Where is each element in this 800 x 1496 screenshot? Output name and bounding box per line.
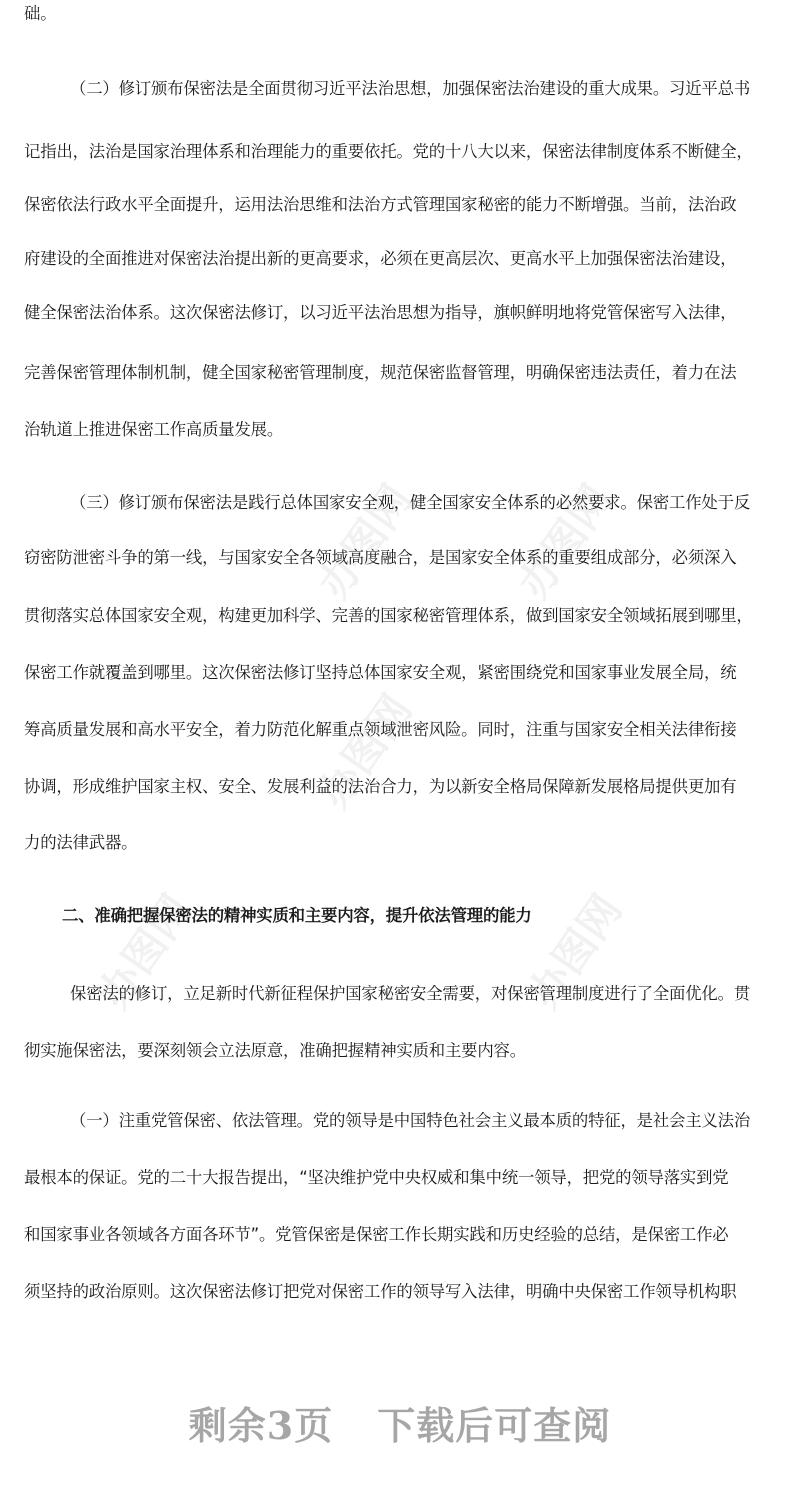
paragraph-line: 府建设的全面推进对保密法治提出新的更高要求，必须在更高层次、更高水平上加强保密法… xyxy=(24,248,776,270)
document-page: 办图网 办图网 办图网 办图网 办图网 础。 （二）修订颁布保密法是全面贯彻习近… xyxy=(0,0,800,1496)
paragraph-line: 保密依法行政水平全面提升，运用法治思维和法治方式管理国家秘密的能力不断增强。当前… xyxy=(24,194,776,216)
paragraph-line: 力的法律武器。 xyxy=(24,832,776,854)
paragraph-line: 础。 xyxy=(24,3,776,25)
paragraph-line: 和国家事业各领域各方面各环节”。党管保密是保密工作长期实践和历史经验的总结，是保… xyxy=(24,1224,776,1246)
paragraph-line: 贯彻落实总体国家安全观，构建更加科学、完善的国家秘密管理体系，做到国家安全领域拓… xyxy=(24,605,776,627)
paragraph-line: 最根本的保证。党的二十大报告提出，“坚决维护党中央权威和集中统一领导，把党的领导… xyxy=(24,1167,776,1189)
paragraph-line: 治轨道上推进保密工作高质量发展。 xyxy=(24,419,776,441)
download-to-view-label[interactable]: 下载后可查阅 xyxy=(377,1395,611,1450)
paragraph-line: 窃密防泄密斗争的第一线，与国家安全各领域高度融合，是国家安全体系的重要组成部分，… xyxy=(24,547,776,569)
paragraph-line: （三）修订颁布保密法是践行总体国家安全观，健全国家安全体系的必然要求。保密工作处… xyxy=(70,492,776,514)
paragraph-line: 保密工作就覆盖到哪里。这次保密法修订坚持总体国家安全观，紧密围绕党和国家事业发展… xyxy=(24,662,776,684)
paragraph-line: 健全保密法治体系。这次保密法修订，以习近平法治思想为指导，旗帜鲜明地将党管保密写… xyxy=(24,302,776,324)
paragraph-line: 保密法的修订，立足新时代新征程保护国家秘密安全需要，对保密管理制度进行了全面优化… xyxy=(70,983,776,1005)
paragraph-line: 须坚持的政治原则。这次保密法修订把党对保密工作的领导写入法律，明确中央保密工作领… xyxy=(24,1281,776,1303)
remaining-pages-label: 剩余3页 xyxy=(189,1395,333,1450)
paragraph-line: 协调，形成维护国家主权、安全、发展利益的法治合力，为以新安全格局保障新发展格局提… xyxy=(24,776,776,798)
watermark: 办图网 xyxy=(302,681,423,819)
paragraph-line: 完善保密管理体制机制，健全国家秘密管理制度，规范保密监督管理，明确保密违法责任，… xyxy=(24,362,776,384)
paragraph-line: 记指出，法治是国家治理体系和治理能力的重要依托。党的十八大以来，保密法律制度体系… xyxy=(24,141,776,163)
download-prompt-banner[interactable]: 剩余3页下载后可查阅 xyxy=(0,1395,800,1450)
paragraph-line: 彻实施保密法，要深刻领会立法原意，准确把握精神实质和主要内容。 xyxy=(24,1040,776,1062)
section-heading: 二、准确把握保密法的精神实质和主要内容，提升依法管理的能力 xyxy=(62,905,800,927)
paragraph-line: （二）修订颁布保密法是全面贯彻习近平法治思想，加强保密法治建设的重大成果。习近平… xyxy=(70,78,776,100)
paragraph-line: （一）注重党管保密、依法管理。党的领导是中国特色社会主义最本质的特征，是社会主义… xyxy=(70,1110,776,1132)
paragraph-line: 筹高质量发展和高水平安全，着力防范化解重点领域泄密风险。同时，注重与国家安全相关… xyxy=(24,719,776,741)
